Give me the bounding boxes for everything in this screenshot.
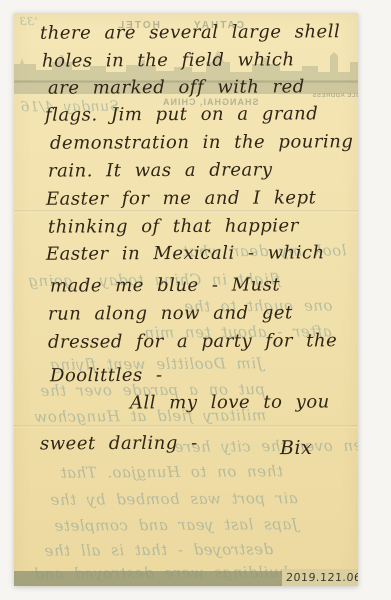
letter-line: are marked off with red [48,76,305,99]
letter-line: made me blue - Must [50,274,280,297]
letter-line: demonstration in the pouring [50,131,353,155]
signature: Bix [280,437,312,459]
letter-line: there are several large shell [40,21,340,45]
letter-line: holes in the field which [42,49,295,72]
bleed-line: air port was bombed by the [50,489,298,509]
bleed-line: Japs last year and complete [54,515,298,535]
bleed-line: then on to Hungjao. That [60,462,283,482]
letter-line: flags. Jim put on a grand [45,103,318,126]
letter-line: Easter in Mexicali - which [46,242,325,265]
letter-line: dressed for a party for the [48,330,337,354]
letter-line: thinking of that happier [48,215,299,238]
letter-line: run along now and get [48,302,293,325]
letter-line: Doolittles - [50,365,163,388]
letter-paper: '33 HOTEL CATHAY CABLE ADDRESS SHANGHAI,… [14,13,358,586]
bleed-line: destroyed - that is all the [44,540,273,560]
letter-line: rain. It was a dreary [48,159,273,182]
letter-line: Easter for me and I kept [46,187,316,210]
fold-crease [14,425,358,428]
letter-closing-line: All my love to you [130,391,330,414]
catalog-number: 2019.121.0633 [286,571,358,584]
bleed-page-number: '33 [19,15,38,28]
bleed-line: and then over the city here [174,436,358,456]
letter-closing-line: sweet darling - [40,433,198,456]
